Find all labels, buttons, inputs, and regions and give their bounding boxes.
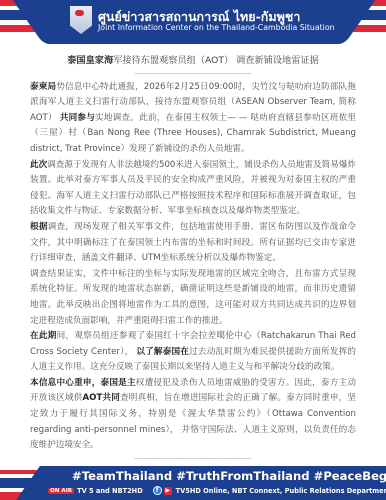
paragraph-1: 泰柬局势信息中心特此通报，2026年2月25日09:00时，尖竹汶与哒叻府边防部… [30,80,356,158]
paragraph-2: 此次调查源于发现有人非法越境约500米进入泰国领土，铺设杀伤人员地雷及简易爆炸装… [30,158,356,220]
footer-broadcast-line: ON AIR TV 5 and NBT2HD f ▶ TV5HD Online,… [48,486,386,495]
divider-2: ----------------------------------------… [30,455,356,463]
youtube-icon: ▶ [164,487,172,495]
paragraph-text: 调查源于发现有人非法越境约500米进入泰国领土，铺设杀伤人员地雷及简易爆炸装置。… [30,160,356,217]
divider: ----------------------------------------… [30,70,356,78]
paragraph-lead: 根据 [30,222,48,232]
paragraph-4: 调查结果证实，文件中标注的坐标与实际发现地雷的区域完全吻合，且布雷方式呈现系统化… [30,267,356,329]
online-channels: TV5HD Online, NBT Connext, Public Relati… [176,487,386,495]
paragraph-text: 调查，现场发现了相关军事文件，包括地雷使用手册、雷区布防图以及作战命令文件，其中… [30,222,356,263]
article-title: 泰国皇家海军接待东盟观察员组（AOT） 调查新铺设地雷证据 [30,53,356,69]
article-title-rest: 军接待东盟观察员组（AOT） 调查新铺设地雷证据 [113,55,319,66]
paragraph-text: 调查结果证实，文件中标注的坐标与实际发现地雷的区域完全吻合，且布雷方式呈现系统化… [30,269,356,326]
paragraph-6: 本信息中心重申，泰国是主权遭侵犯及杀伤人员地雷威胁的受害方。因此，泰方主动开放该… [30,376,356,454]
paragraph-emphasis: AOT共同 [82,393,119,403]
paragraph-lead: 本信息中心重申，泰国是主 [30,378,136,388]
article-title-bold: 泰国皇家海 [67,55,113,66]
header-banner: ศูนย์ข่าวสารสถานการณ์ ไทย-กัมพูชา Joint … [0,0,386,46]
footer-hashtags: #TeamThailand #TruthFromThailand #PeaceB… [72,469,386,483]
paragraph-emphasis: 共同参与 [60,113,95,123]
article-body: 泰国皇家海军接待东盟观察员组（AOT） 调查新铺设地雷证据 ----------… [30,53,356,497]
footer-banner: #TeamThailand #TruthFromThailand #PeaceB… [0,466,386,500]
paragraph-lead: 泰柬局 [30,82,56,92]
tv-channels: TV 5 and NBT2HD [77,487,143,495]
on-air-badge: ON AIR [48,488,74,494]
paragraph-emphasis: 以了解泰国在 [136,347,189,357]
paragraph-lead: 此次 [30,160,47,170]
paragraph-5: 在此期间，观察员组还参观了泰国红十字会拉差噶伦中心（Ratchakarun Th… [30,329,356,376]
paragraph-lead: 在此期 [30,331,57,341]
facebook-icon: f [153,486,162,495]
paragraph-3: 根据调查，现场发现了相关军事文件，包括地雷使用手册、雷区布防图以及作战命令文件，… [30,220,356,267]
header-title-english: Joint Information Center on the Thailand… [98,23,335,32]
